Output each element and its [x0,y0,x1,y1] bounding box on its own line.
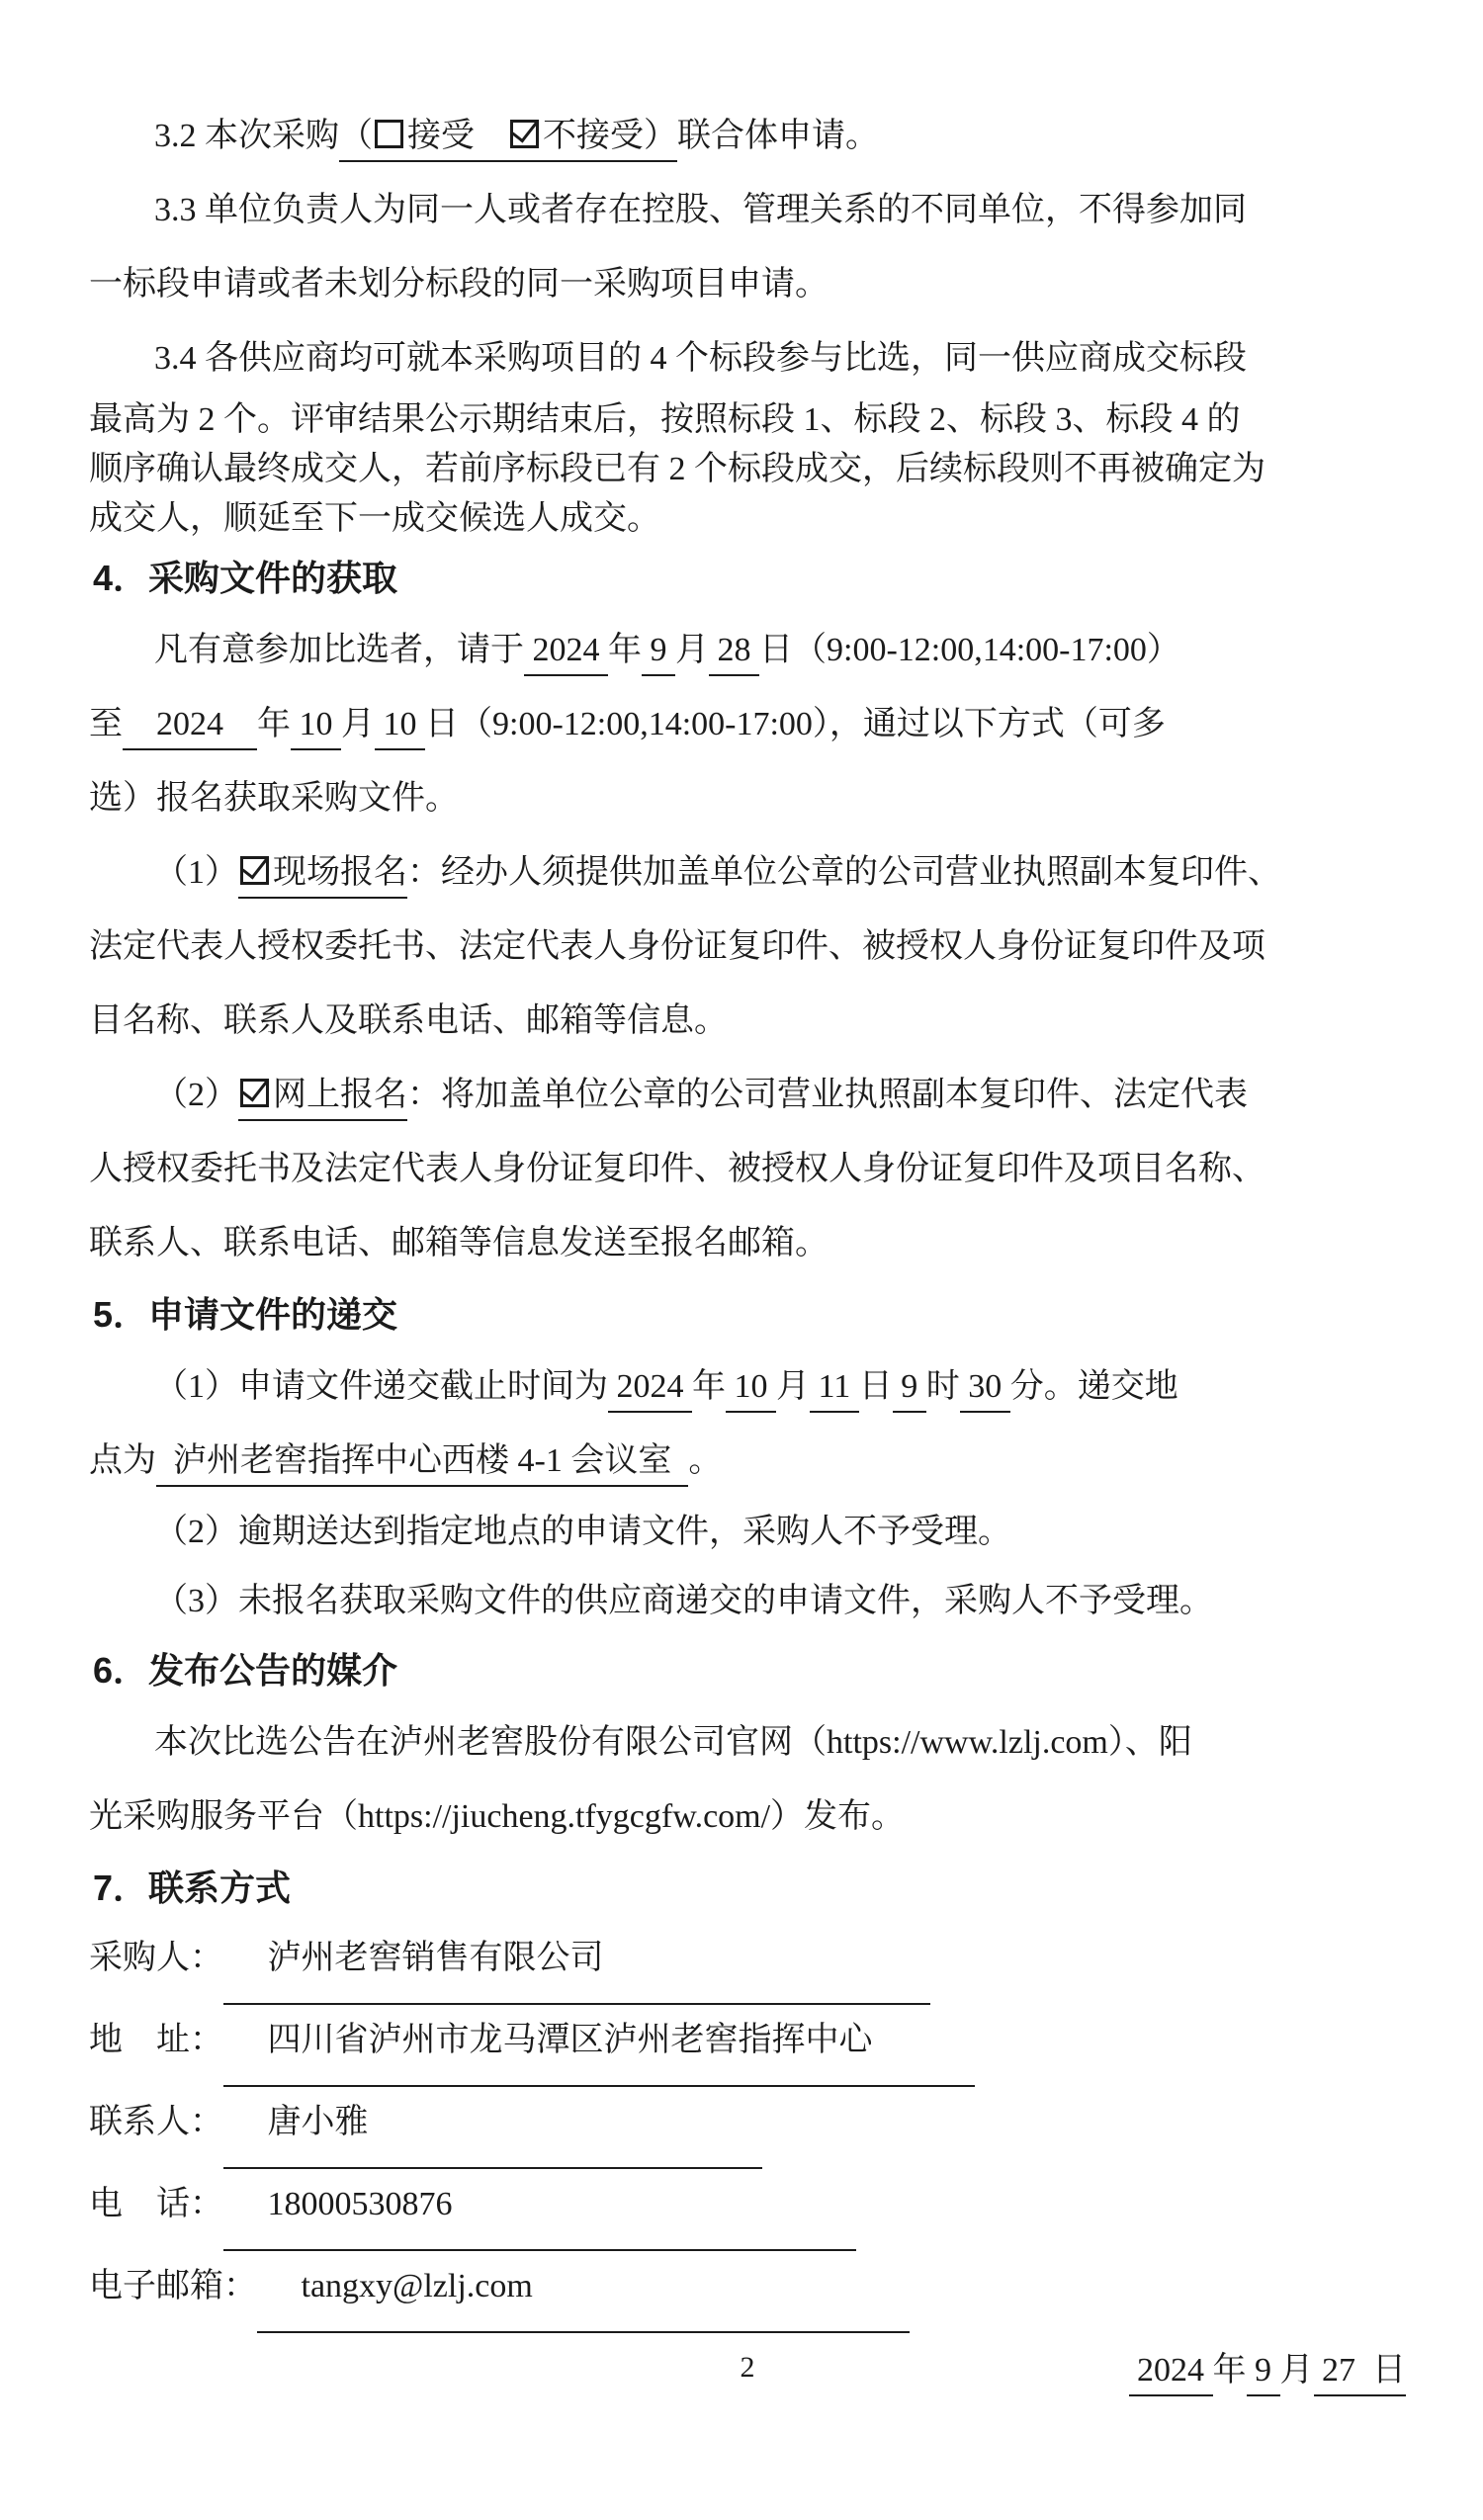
contact-phone-line: 电 话： 18000530876 [89,2169,1406,2251]
text-run: 时 [926,1368,960,1405]
doc-line: 一标段申请或者未划分标段的同一采购项目申请。 [89,247,1406,321]
doc-line: 顺序确认最终成交人，若前序标段已有 2 个标段成交，后续标段则不再被确定为 [89,445,1406,494]
text-run: 目名称、联系人及联系电话、邮箱等信息。 [89,1002,728,1039]
text-run: 联系人、联系电话、邮箱等信息发送至报名邮箱。 [89,1225,829,1261]
section-7-heading: 7．联系方式 [89,1854,1406,1923]
submission-deadline-line: （1）申请文件递交截止时间为 2024 年 10 月 11 日 9 时 30 分… [89,1349,1406,1424]
text-run: 年 [608,632,642,668]
contact-person-label: 联系人： [89,2104,223,2140]
signup-period-line-1: 凡有意参加比选者，请于 2024 年 9 月 28 日（9:00-12:00,1… [89,613,1406,687]
submission-venue: 泸州老窖指挥中心西楼 4-1 会议室 [156,1442,688,1487]
section-6-heading: 6．发布公告的媒介 [89,1636,1406,1705]
text-run: 分。递交地 [1010,1368,1178,1405]
address-value: 四川省泸州市龙马潭区泸州老窖指挥中心 [223,2005,975,2087]
text-run: 最高为 2 个。评审结果公示期结束后，按照标段 1、标段 2、标段 3、标段 4… [89,401,1241,438]
text-run: 点为 [89,1442,156,1479]
page-footer: 2024 年 9 月 27 日 2 [89,2333,1406,2404]
email-label: 电子邮箱： [89,2268,257,2304]
text-run: 5．申请文件的递交 [93,1294,397,1335]
address-label: 地 址： [89,2022,223,2058]
contact-person-value: 唐小雅 [223,2087,762,2169]
text-run: 现场报名 [273,854,407,891]
text-run: （1）申请文件递交截止时间为 [154,1368,608,1405]
text-run: 7．联系方式 [93,1868,291,1908]
text-run: 光采购服务平台（https://jiucheng.tfygcgfw.com/）发… [89,1798,905,1835]
online-signup-item: （2）网上报名：将加盖单位公章的公司营业执照副本复印件、法定代表 [89,1058,1406,1132]
issue-day: 27 日 [1314,2352,1407,2396]
purchaser-value: 泸州老窖销售有限公司 [223,1923,930,2005]
online-signup-label: 网上报名 [238,1077,407,1121]
submission-venue-line: 点为 泸州老窖指挥中心西楼 4-1 会议室 。 [89,1424,1406,1498]
text-run: ：经办人须提供加盖单位公章的公司营业执照副本复印件、 [407,854,1281,891]
doc-line: （3）未报名获取采购文件的供应商递交的申请文件，采购人不予受理。 [89,1567,1406,1636]
text-run: 月 [1280,2352,1314,2389]
contact-address-line: 地 址： 四川省泸州市龙马潭区泸州老窖指挥中心 [89,2005,1406,2087]
text-run: （2） [154,1077,238,1113]
text-run: （2）逾期送达到指定地点的申请文件，采购人不予受理。 [154,1514,1011,1550]
onsite-signup-item: （1）现场报名：经办人须提供加盖单位公章的公司营业执照副本复印件、 [89,835,1406,910]
doc-line: 联系人、联系电话、邮箱等信息发送至报名邮箱。 [89,1206,1406,1280]
text-run: 3.4 各供应商均可就本采购项目的 4 个标段参与比选，同一供应商成交标段 [154,340,1247,377]
text-run: 接受 [407,118,508,154]
text-run: 一标段申请或者未划分标段的同一采购项目申请。 [89,266,829,303]
doc-line: 选）报名获取采购文件。 [89,761,1406,835]
deadline-hour: 9 [893,1368,926,1413]
deadline-day: 11 [810,1368,859,1413]
text-run: 不接受） [543,118,677,154]
document-body: 3.2 本次采购（接受 不接受）联合体申请。3.3 单位负责人为同一人或者存在控… [89,99,1406,2333]
text-run: ：将加盖单位公章的公司营业执照副本复印件、法定代表 [407,1077,1248,1113]
contact-purchaser-line: 采购人： 泸州老窖销售有限公司 [89,1923,1406,2005]
deadline-year: 2024 [608,1368,692,1413]
doc-line: 最高为 2 个。评审结果公示期结束后，按照标段 1、标段 2、标段 3、标段 4… [89,395,1406,445]
text-run: 法定代表人授权委托书、法定代表人身份证复印件、被授权人身份证复印件及项 [89,928,1265,965]
text-run: 年 [257,706,291,742]
text-run: 本次比选公告在泸州老窖股份有限公司官网（https://www.lzlj.com… [154,1724,1192,1761]
signup-start-month: 9 [642,632,675,676]
contact-person-line: 联系人： 唐小雅 [89,2087,1406,2169]
issue-year: 2024 [1129,2352,1213,2396]
doc-line: 人授权委托书及法定代表人身份证复印件、被授权人身份证复印件及项目名称、 [89,1132,1406,1206]
checkbox-checked-icon [510,120,539,148]
doc-line: 法定代表人授权委托书、法定代表人身份证复印件、被授权人身份证复印件及项 [89,910,1406,984]
phone-label: 电 话： [89,2186,223,2222]
joint-bid-choice: （接受 不接受） [339,118,677,162]
text-run: 月 [341,706,375,742]
text-run: 3.2 本次采购 [154,118,339,154]
clause-3-2: 3.2 本次采购（接受 不接受）联合体申请。 [89,99,1406,173]
announcement-media-line-2: 光采购服务平台（https://jiucheng.tfygcgfw.com/）发… [89,1780,1406,1854]
email-value: tangxy@lzlj.com [257,2251,910,2333]
checkbox-checked-icon [240,1079,269,1107]
announcement-media-line-1: 本次比选公告在泸州老窖股份有限公司官网（https://www.lzlj.com… [89,1705,1406,1780]
issue-month: 9 [1247,2352,1280,2396]
text-run: （1） [154,854,238,891]
text-run: 日 [859,1368,893,1405]
text-run: 日（9:00-12:00,14:00-17:00） [759,632,1180,668]
text-run: 凡有意参加比选者，请于 [154,632,524,668]
text-run: 联合体申请。 [677,118,879,154]
content-area: 3.2 本次采购（接受 不接受）联合体申请。3.3 单位负责人为同一人或者存在控… [0,0,1483,2404]
text-run: 3.3 单位负责人为同一人或者存在控股、管理关系的不同单位，不得参加同 [154,192,1247,228]
text-run: 日（9:00-12:00,14:00-17:00），通过以下方式（可多 [425,706,1166,742]
document-page: 3.2 本次采购（接受 不接受）联合体申请。3.3 单位负责人为同一人或者存在控… [0,0,1483,2520]
text-run: 人授权委托书及法定代表人身份证复印件、被授权人身份证复印件及项目名称、 [89,1151,1265,1187]
text-run: 至 [89,706,123,742]
checkbox-empty-icon [375,120,403,148]
text-run: 月 [776,1368,810,1405]
signup-start-day: 28 [709,632,759,676]
text-run: 成交人，顺延至下一成交候选人成交。 [89,500,660,537]
doc-line: 目名称、联系人及联系电话、邮箱等信息。 [89,984,1406,1058]
text-run: 年 [1213,2352,1247,2389]
signup-period-line-2: 至 2024 年 10 月 10 日（9:00-12:00,14:00-17:0… [89,687,1406,761]
deadline-month: 10 [726,1368,776,1413]
text-run: （ [339,118,373,154]
phone-value: 18000530876 [223,2169,856,2251]
text-run: 网上报名 [273,1077,407,1113]
text-run: 年 [692,1368,726,1405]
text-run: 6．发布公告的媒介 [93,1650,397,1691]
text-run: （3）未报名获取采购文件的供应商递交的申请文件，采购人不予受理。 [154,1583,1213,1619]
section-4-heading: 4．采购文件的获取 [89,544,1406,613]
text-run: 。 [688,1442,722,1479]
signup-end-day: 10 [375,706,425,750]
deadline-minute: 30 [960,1368,1010,1413]
doc-line: （2）逾期送达到指定地点的申请文件，采购人不予受理。 [89,1498,1406,1567]
text-run: 月 [675,632,709,668]
signup-start-year: 2024 [524,632,608,676]
text-run: 4．采购文件的获取 [93,558,397,598]
signup-end-month: 10 [291,706,341,750]
text-run: 顺序确认最终成交人，若前序标段已有 2 个标段成交，后续标段则不再被确定为 [89,451,1265,487]
checkbox-checked-icon [240,856,269,885]
purchaser-label: 采购人： [89,1940,223,1976]
contact-email-line: 电子邮箱： tangxy@lzlj.com [89,2251,1406,2333]
doc-line: 成交人，顺延至下一成交候选人成交。 [89,494,1406,544]
onsite-signup-label: 现场报名 [238,854,407,899]
section-5-heading: 5．申请文件的递交 [89,1280,1406,1349]
signup-end-year: 2024 [123,706,257,750]
clause-3-4: 3.4 各供应商均可就本采购项目的 4 个标段参与比选，同一供应商成交标段 [89,321,1406,395]
clause-3-3: 3.3 单位负责人为同一人或者存在控股、管理关系的不同单位，不得参加同 [89,173,1406,247]
text-run: 选）报名获取采购文件。 [89,780,459,817]
